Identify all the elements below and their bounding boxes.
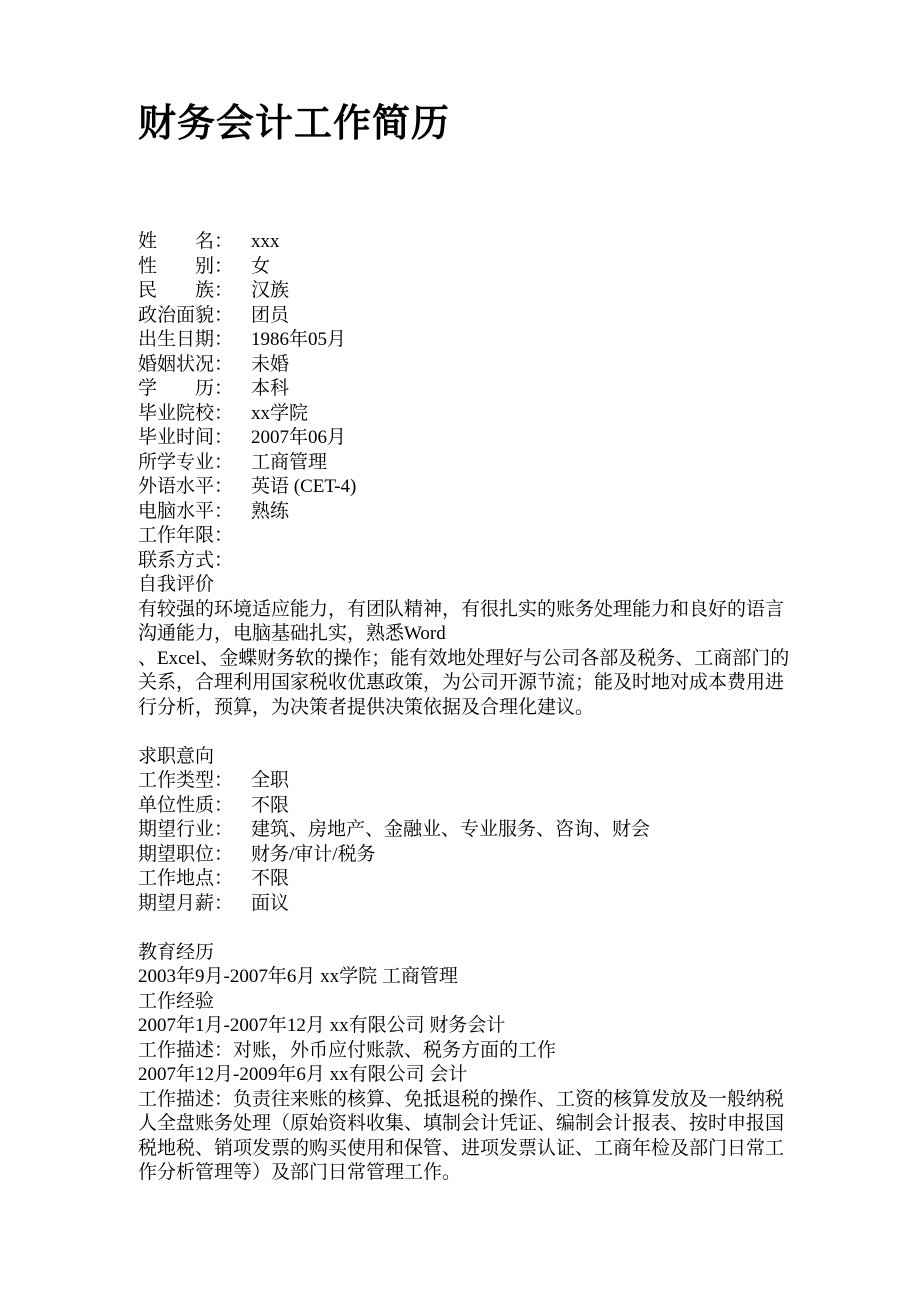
job-intention-section: 求职意向 工作类型：全职 单位性质：不限 期望行业：建筑、房地产、金融业、专业服… — [138, 745, 790, 917]
intention-value: 全职 — [251, 770, 289, 791]
info-row: 毕业时间：2007年06月 — [138, 426, 790, 451]
info-label: 外语水平： — [138, 476, 233, 497]
work-entry-description: 工作描述：负责往来账的核算、免抵退税的操作、工资的核算发放及一般纳税 人全盘账务… — [138, 1088, 790, 1186]
education-entry: 2003年9月-2007年6月 xx学院 工商管理 — [138, 965, 790, 990]
intention-row: 工作地点：不限 — [138, 867, 790, 892]
info-label: 政治面貌： — [138, 305, 233, 326]
work-experience-section: 工作经验 2007年1月-2007年12月 xx有限公司 财务会计 工作描述：对… — [138, 990, 790, 1186]
intention-row: 期望行业：建筑、房地产、金融业、专业服务、咨询、财会 — [138, 818, 790, 843]
intention-label: 期望月薪： — [138, 893, 233, 914]
intention-row: 工作类型：全职 — [138, 769, 790, 794]
info-value: xxx — [251, 231, 280, 252]
info-row: 政治面貌：团员 — [138, 304, 790, 329]
info-row: 出生日期：1986年05月 — [138, 328, 790, 353]
info-label: 出生日期： — [138, 329, 233, 350]
info-value: 熟练 — [251, 501, 289, 522]
work-entry-description: 工作描述：对账，外币应付账款、税务方面的工作 — [138, 1039, 790, 1064]
info-row: 学 历：本科 — [138, 377, 790, 402]
info-row: 姓 名：xxx — [138, 230, 790, 255]
info-row: 民 族：汉族 — [138, 279, 790, 304]
info-row: 电脑水平：熟练 — [138, 500, 790, 525]
info-value: xx学院 — [251, 403, 308, 424]
info-value: 团员 — [251, 305, 289, 326]
info-label: 性 别： — [138, 256, 233, 277]
intention-value: 建筑、房地产、金融业、专业服务、咨询、财会 — [251, 819, 650, 840]
intention-value: 不限 — [251, 795, 289, 816]
page-title: 财务会计工作简历 — [138, 100, 790, 148]
info-label: 婚姻状况： — [138, 354, 233, 375]
intention-row: 期望职位：财务/审计/税务 — [138, 843, 790, 868]
job-intention-heading: 求职意向 — [138, 745, 790, 770]
info-label: 电脑水平： — [138, 501, 233, 522]
info-row: 外语水平：英语 (CET-4) — [138, 475, 790, 500]
info-label: 所学专业： — [138, 452, 233, 473]
intention-value: 财务/审计/税务 — [251, 844, 376, 865]
info-value: 汉族 — [251, 280, 289, 301]
intention-label: 期望职位： — [138, 844, 233, 865]
intention-label: 工作地点： — [138, 868, 233, 889]
education-section: 教育经历 2003年9月-2007年6月 xx学院 工商管理 — [138, 941, 790, 990]
info-value: 英语 (CET-4) — [251, 476, 356, 497]
self-evaluation-heading: 自我评价 — [138, 573, 790, 598]
info-label: 毕业院校： — [138, 403, 233, 424]
resume-document: 财务会计工作简历 姓 名：xxx 性 别：女 民 族：汉族 政治面貌：团员 出生… — [0, 0, 920, 1302]
info-label: 毕业时间： — [138, 427, 233, 448]
info-label: 学 历： — [138, 378, 233, 399]
info-row: 婚姻状况：未婚 — [138, 353, 790, 378]
info-row: 毕业院校：xx学院 — [138, 402, 790, 427]
info-value: 本科 — [251, 378, 289, 399]
education-heading: 教育经历 — [138, 941, 790, 966]
intention-value: 面议 — [251, 893, 289, 914]
info-label: 工作年限： — [138, 525, 233, 546]
intention-row: 单位性质：不限 — [138, 794, 790, 819]
info-row: 性 别：女 — [138, 255, 790, 280]
intention-value: 不限 — [251, 868, 289, 889]
info-label: 姓 名： — [138, 231, 233, 252]
work-entry-period: 2007年12月-2009年6月 xx有限公司 会计 — [138, 1063, 790, 1088]
basic-info-section: 姓 名：xxx 性 别：女 民 族：汉族 政治面貌：团员 出生日期：1986年0… — [138, 230, 790, 573]
work-experience-heading: 工作经验 — [138, 990, 790, 1015]
self-evaluation-section: 自我评价 有较强的环境适应能力，有团队精神，有很扎实的账务处理能力和良好的语言 … — [138, 573, 790, 720]
info-row: 所学专业：工商管理 — [138, 451, 790, 476]
info-row: 联系方式： — [138, 549, 790, 574]
info-row: 工作年限： — [138, 524, 790, 549]
info-value: 1986年05月 — [251, 329, 346, 350]
intention-label: 工作类型： — [138, 770, 233, 791]
info-label: 民 族： — [138, 280, 233, 301]
intention-row: 期望月薪：面议 — [138, 892, 790, 917]
info-value: 女 — [251, 256, 270, 277]
intention-label: 期望行业： — [138, 819, 233, 840]
work-entry-period: 2007年1月-2007年12月 xx有限公司 财务会计 — [138, 1014, 790, 1039]
self-evaluation-text: 有较强的环境适应能力，有团队精神，有很扎实的账务处理能力和良好的语言 沟通能力，… — [138, 598, 790, 721]
info-value: 2007年06月 — [251, 427, 346, 448]
info-value: 工商管理 — [251, 452, 327, 473]
info-label: 联系方式： — [138, 550, 233, 571]
info-value: 未婚 — [251, 354, 289, 375]
intention-label: 单位性质： — [138, 795, 233, 816]
